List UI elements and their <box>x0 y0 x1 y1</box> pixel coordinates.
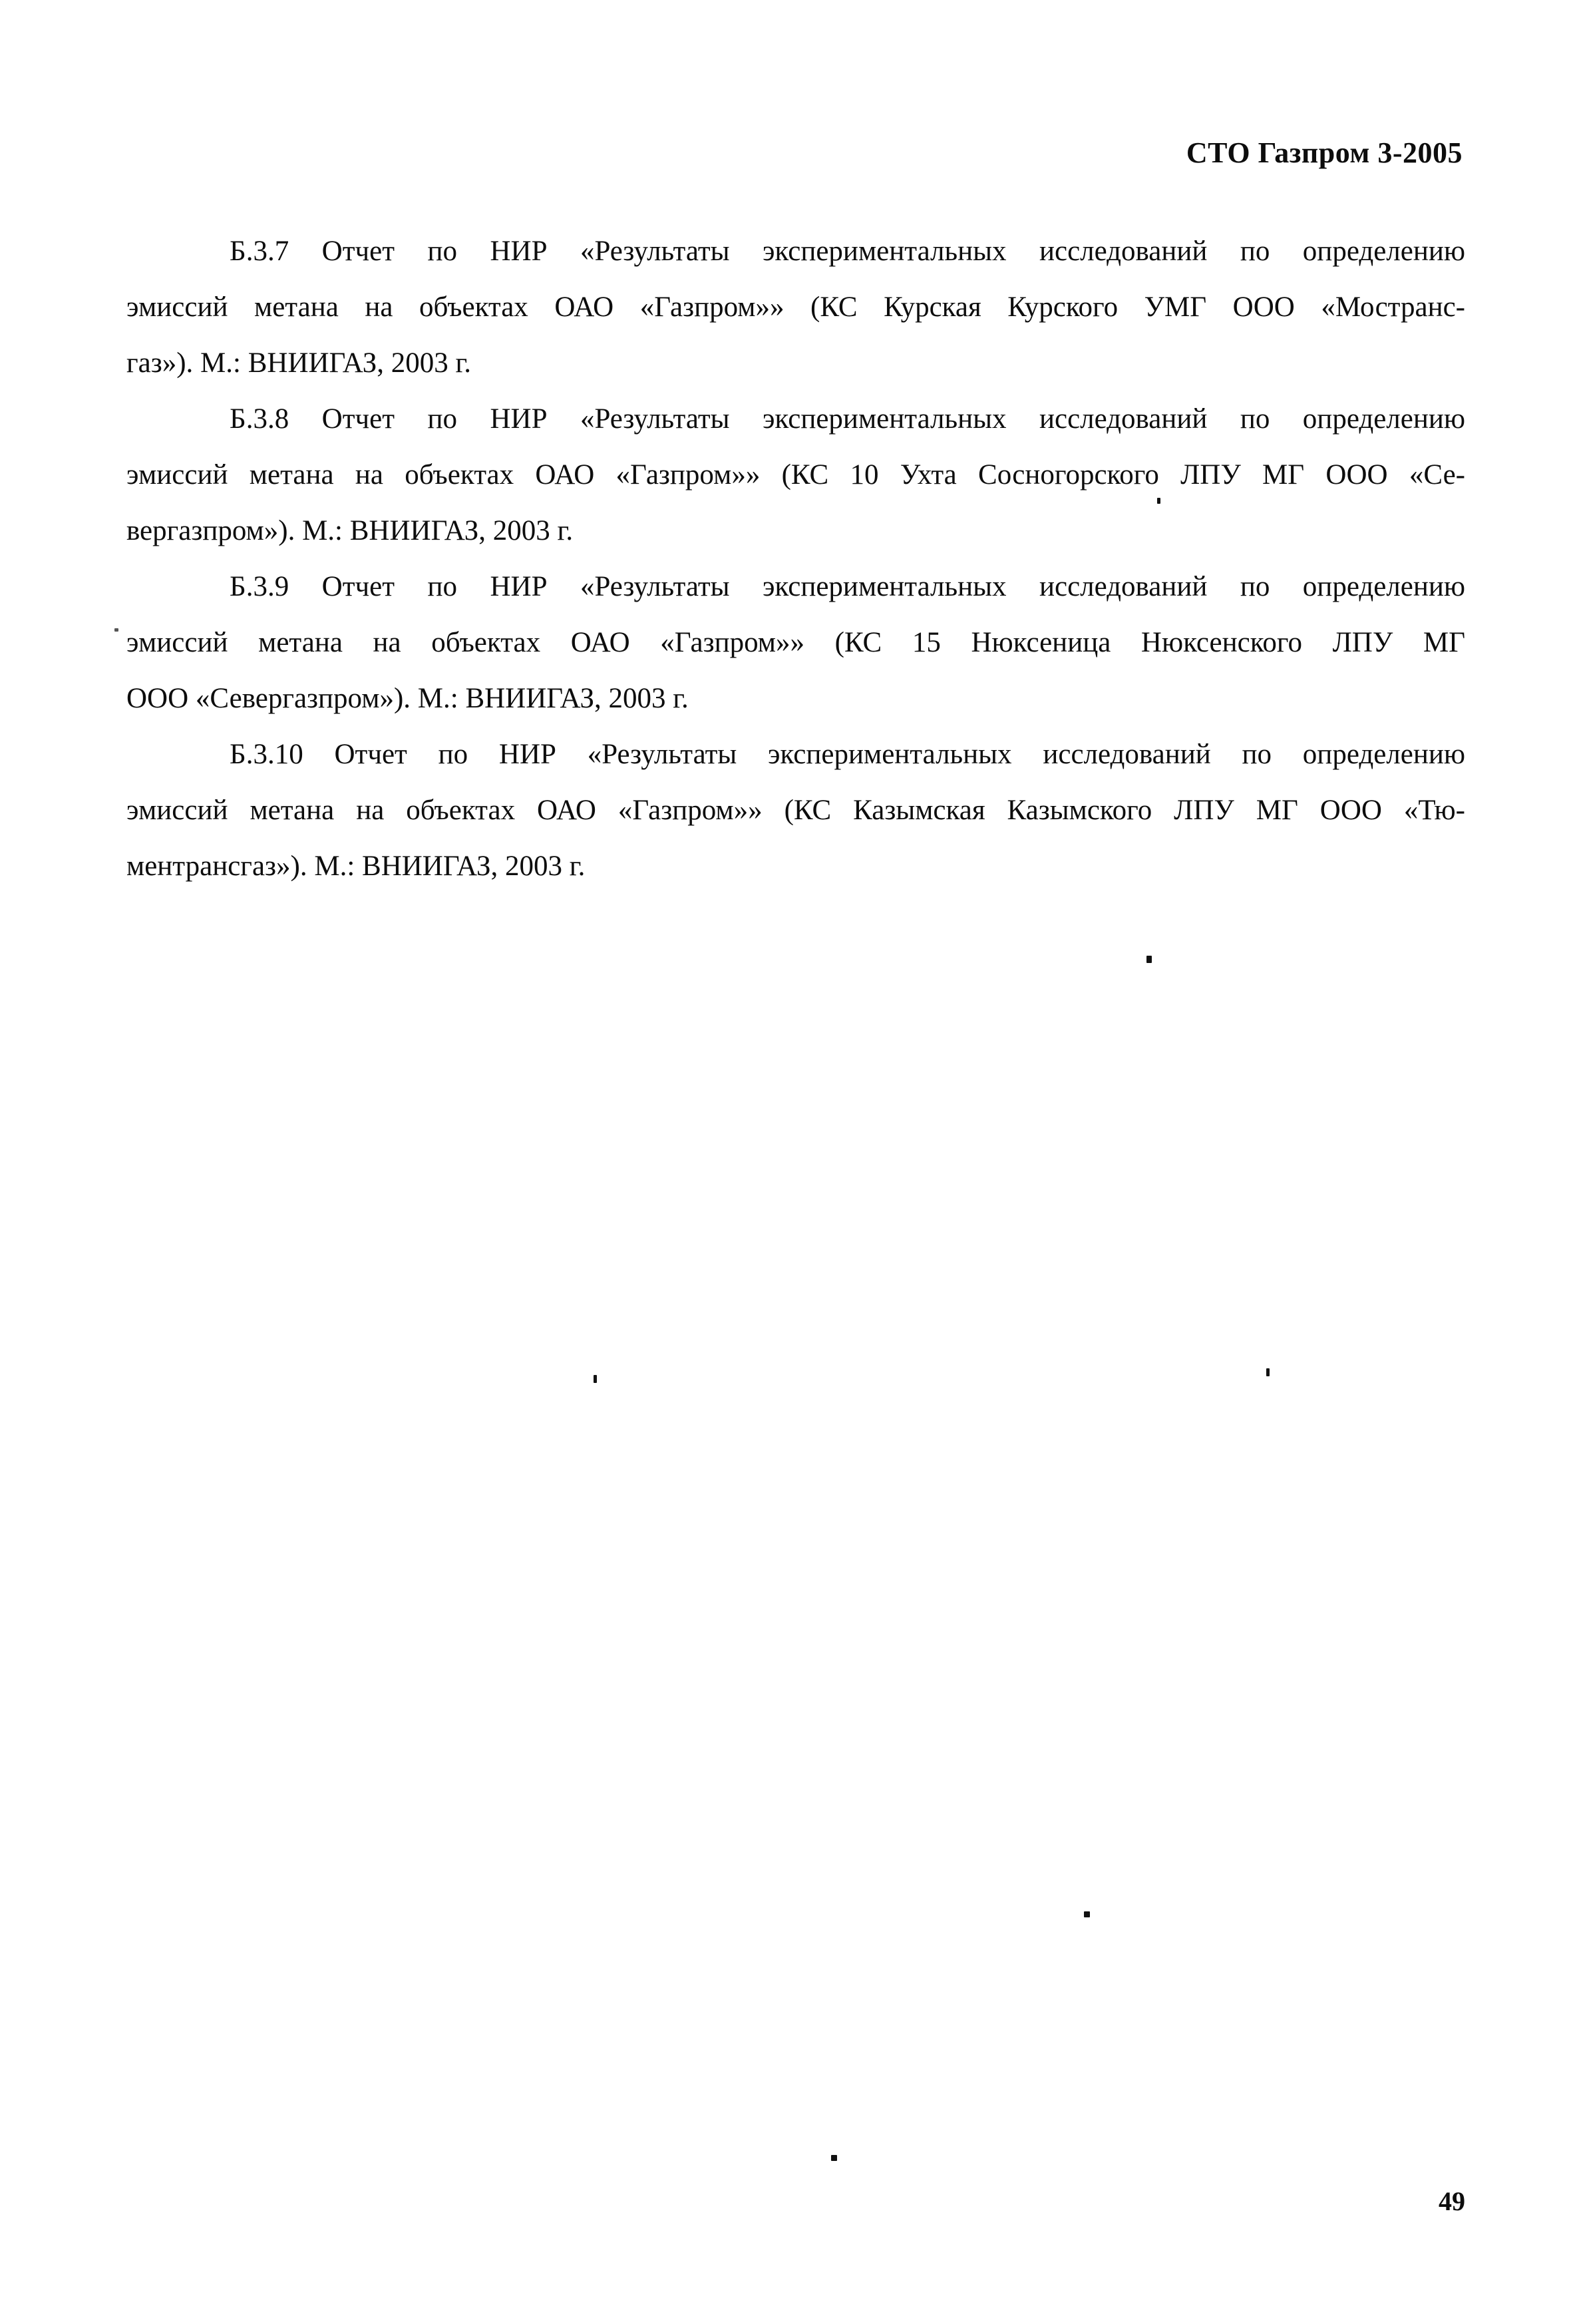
running-header: СТО Газпром 3-2005 <box>0 136 1463 170</box>
text-line: ментрансгаз»). М.: ВНИИГАЗ, 2003 г. <box>126 839 1465 894</box>
text-line: эмиссий метана на объектах ОАО «Газпром»… <box>126 447 1465 503</box>
scan-speck <box>1146 956 1152 963</box>
document-page: СТО Газпром 3-2005 Б.3.7 Отчет по НИР «Р… <box>0 0 1569 2324</box>
scan-speck <box>594 1375 597 1383</box>
text-line: эмиссий метана на объектах ОАО «Газпром»… <box>126 615 1465 671</box>
text-line: Б.3.8 Отчет по НИР «Результаты экспериме… <box>126 391 1465 447</box>
scan-speck <box>1266 1368 1270 1376</box>
text-line: эмиссий метана на объектах ОАО «Газпром»… <box>126 280 1465 335</box>
scan-speck <box>1084 1911 1090 1917</box>
text-line: Б.3.9 Отчет по НИР «Результаты экспериме… <box>126 559 1465 615</box>
text-line: газ»). М.: ВНИИГАЗ, 2003 г. <box>126 335 1465 391</box>
text-line: ООО «Севергазпром»). М.: ВНИИГАЗ, 2003 г… <box>126 671 1465 727</box>
scan-speck <box>1157 498 1160 504</box>
body-text: Б.3.7 Отчет по НИР «Результаты экспериме… <box>126 224 1465 894</box>
text-line: эмиссий метана на объектах ОАО «Газпром»… <box>126 783 1465 839</box>
text-line: Б.3.7 Отчет по НИР «Результаты экспериме… <box>126 224 1465 280</box>
scan-speck <box>114 628 118 632</box>
scan-speck <box>831 2155 837 2161</box>
page-number: 49 <box>1439 2186 1465 2217</box>
text-line: Б.3.10 Отчет по НИР «Результаты эксперим… <box>126 727 1465 783</box>
text-line: вергазпром»). М.: ВНИИГАЗ, 2003 г. <box>126 503 1465 559</box>
